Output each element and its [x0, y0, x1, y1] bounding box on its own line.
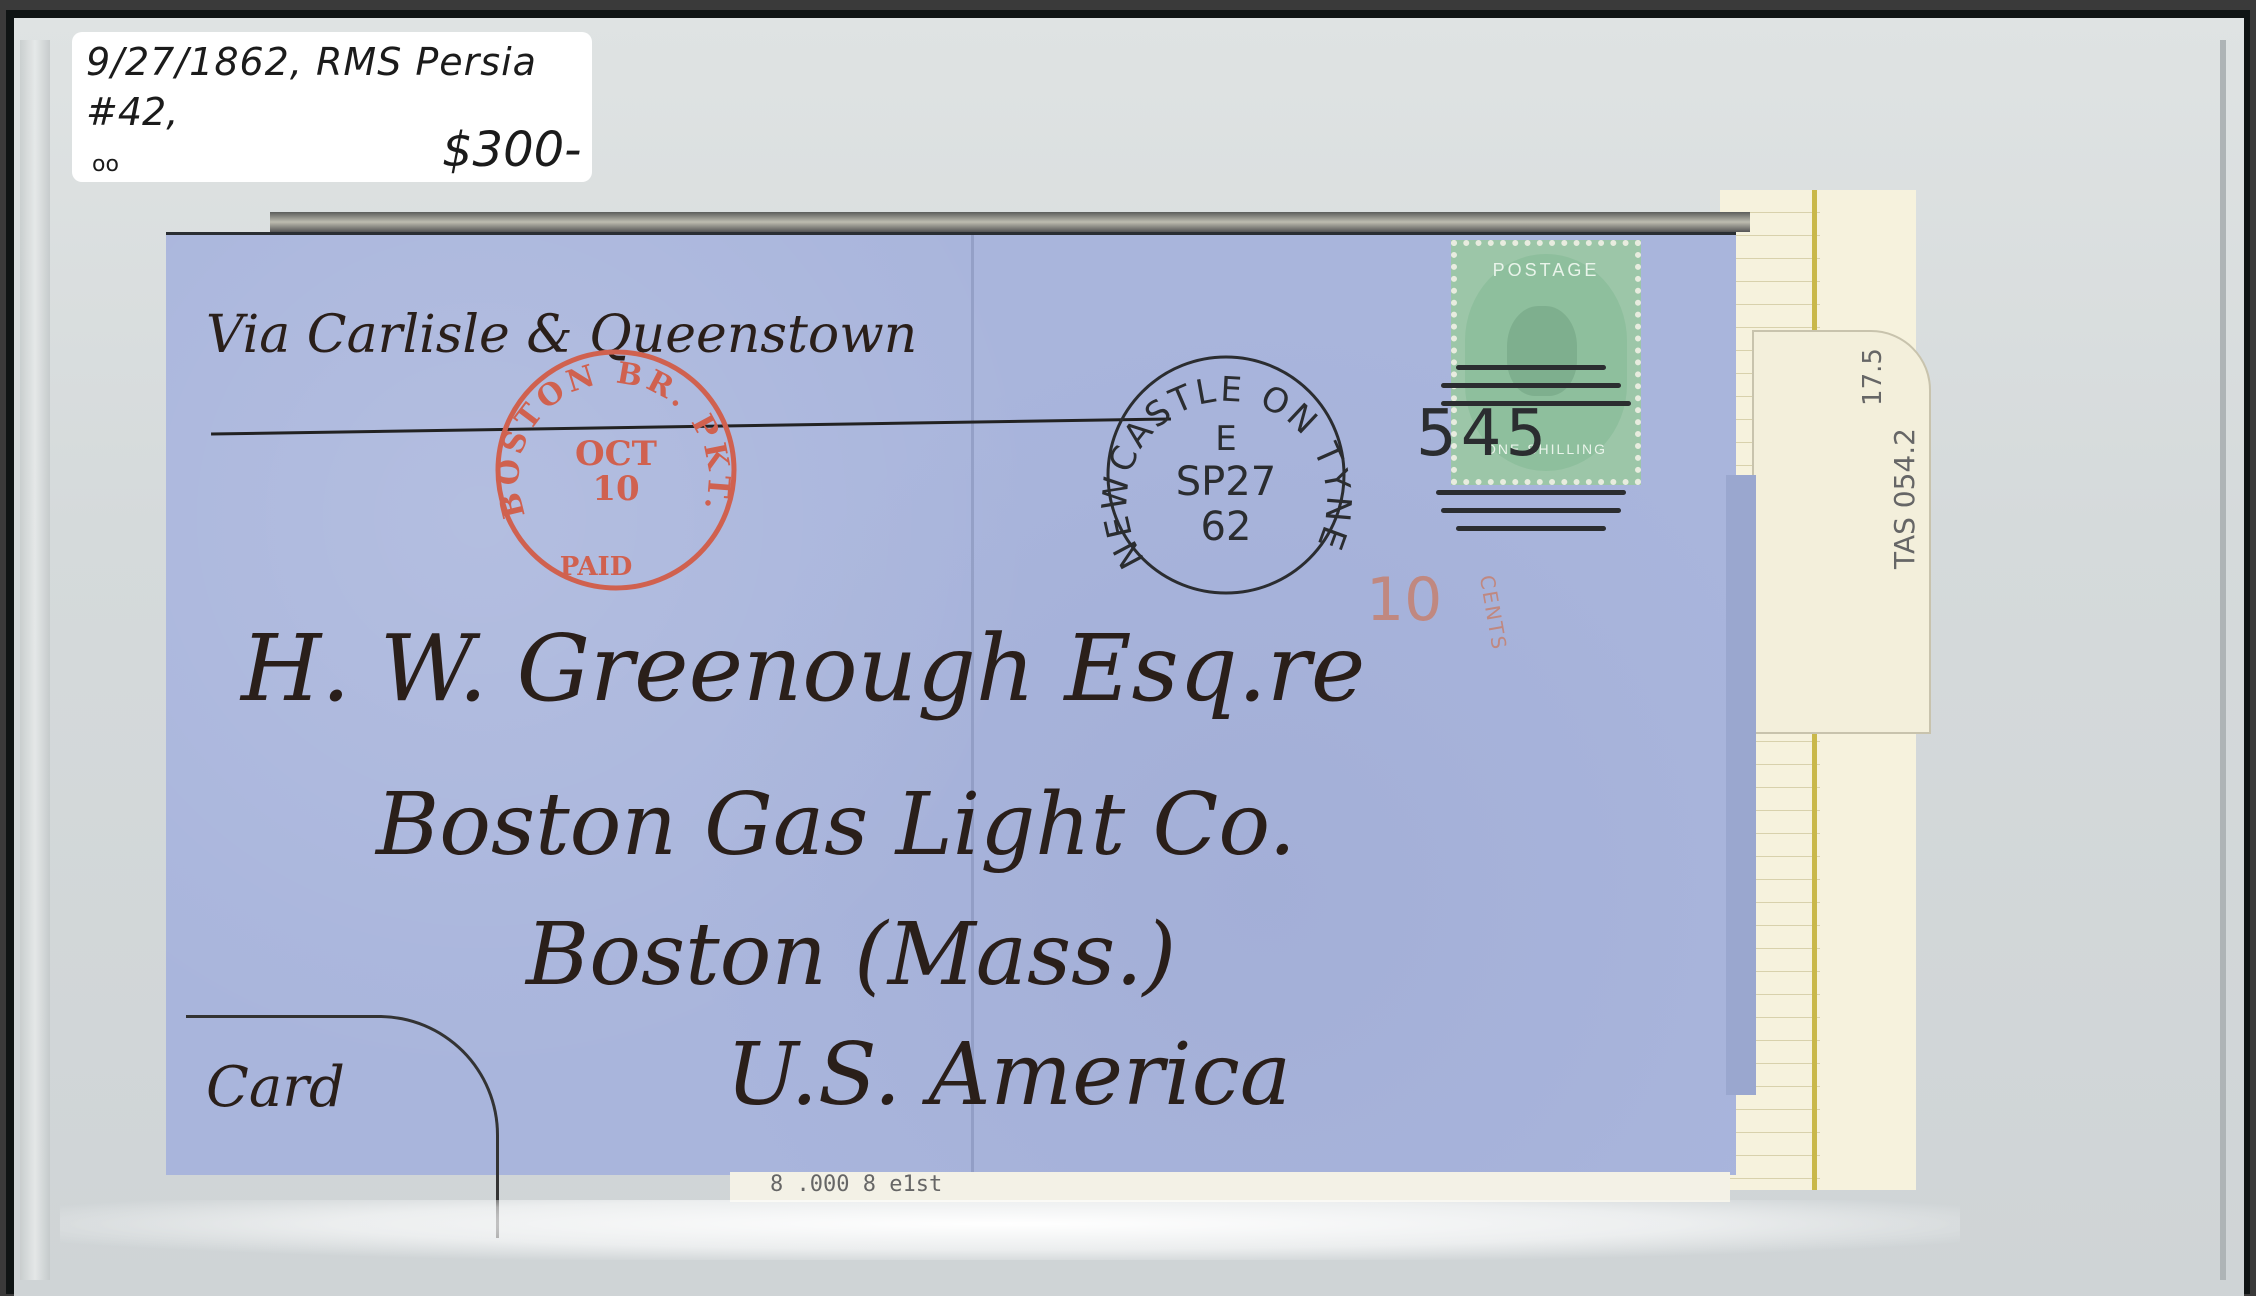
boston-day: 10 [592, 469, 639, 509]
address-line-4: U.S. America [726, 1025, 1291, 1125]
address-line-1: H. W. Greenough Esq.re [241, 615, 1365, 722]
credit-unit: CENTS [1475, 573, 1512, 652]
letter-flap [1726, 475, 1756, 1095]
newcastle-code: E [1215, 419, 1236, 459]
address-line-2: Boston Gas Light Co. [376, 775, 1296, 875]
boston-paid: PAID [560, 552, 633, 582]
letter-back-edge [270, 212, 1750, 232]
credit-value: 10 [1366, 565, 1442, 635]
label-price: $300- [442, 122, 581, 178]
docket-note: Card [206, 1055, 345, 1120]
duplex-number: 545 [1416, 397, 1550, 471]
newcastle-year: 62 [1201, 504, 1252, 550]
label-catalog-number: #42, [86, 90, 178, 134]
mount-catalog: TAS 054.2 [1888, 428, 1921, 569]
mount-tab: 17.5 TAS 054.2 [1752, 330, 1931, 734]
enclosure-strip: 8 .000 8 e1st [730, 1172, 1730, 1202]
killer-bar [1441, 508, 1621, 513]
killer-bar [1456, 526, 1606, 531]
newcastle-date: SP27 [1176, 459, 1276, 505]
credit-marking: 10 CENTS [1366, 565, 1532, 635]
duplex-killer: 545 [1396, 365, 1626, 545]
boston-month: OCT [575, 434, 657, 474]
killer-bar [1441, 383, 1621, 388]
sleeve-edge [2220, 40, 2226, 1280]
label-code: oo [92, 152, 119, 177]
sleeve-glare [60, 1200, 1960, 1260]
mount-note: 17.5 [1858, 348, 1888, 406]
label-date-ship: 9/27/1862, RMS Persia [86, 40, 537, 84]
stamp-top-text: POSTAGE [1457, 260, 1635, 281]
sleeve-rail [20, 40, 50, 1280]
dealer-label: 9/27/1862, RMS Persia #42, oo $300- [72, 32, 592, 182]
boston-postmark: BOSTON BR. PKT. OCT 10 PAID [486, 340, 746, 600]
address-line-3: Boston (Mass.) [526, 905, 1176, 1005]
newcastle-postmark: NEWCASTLE ON TYNE E SP27 62 [1096, 345, 1356, 605]
killer-bar [1436, 490, 1626, 495]
folded-letter-cover: Via Carlisle & Queenstown BOSTON BR. PKT… [166, 232, 1736, 1175]
killer-bar [1456, 365, 1606, 370]
